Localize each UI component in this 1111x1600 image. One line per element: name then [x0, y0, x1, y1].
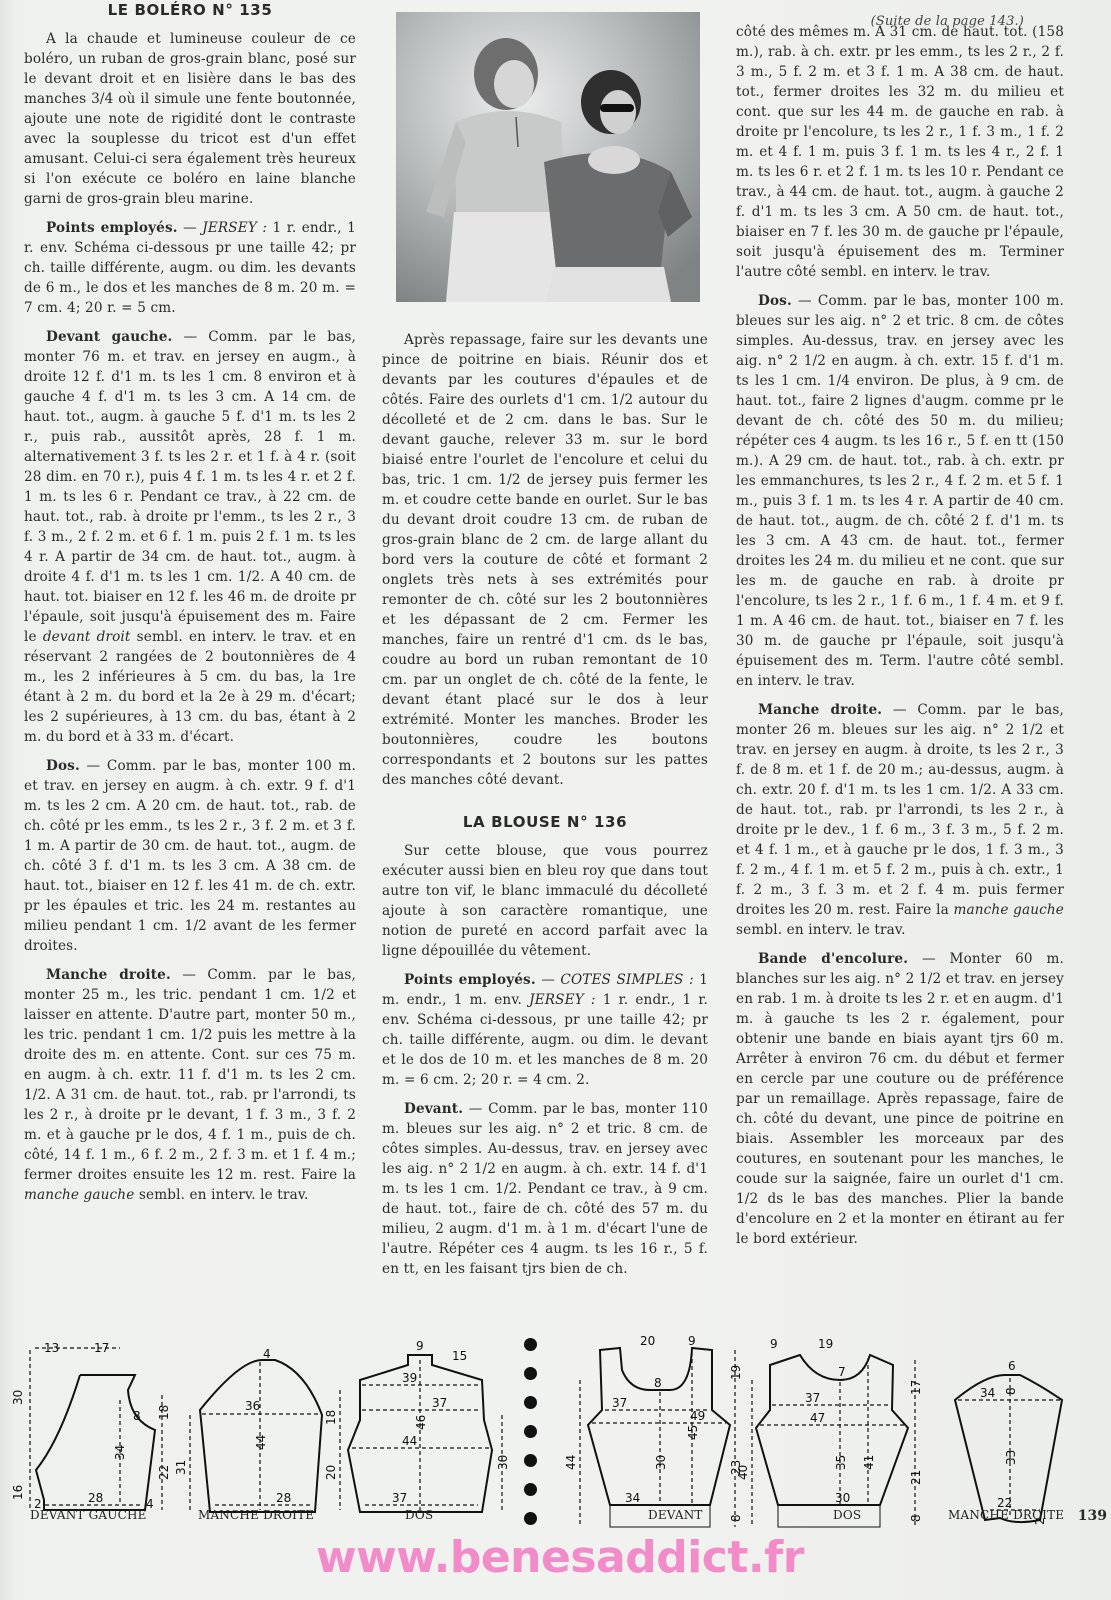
bolero-dos: Dos. — Comm. par le bas, monter 100 m. e… — [24, 756, 356, 956]
bolero-points: Points employés. — JERSEY : 1 r. endr., … — [24, 218, 356, 318]
dot — [524, 1454, 537, 1467]
diagram-bolero-manche: 436 44 31 28 — [174, 1347, 322, 1512]
label-bolero-manche-droite: MANCHE DROITE — [198, 1508, 314, 1522]
svg-text:4: 4 — [263, 1347, 271, 1361]
svg-text:31: 31 — [174, 1460, 188, 1475]
diagram-blouse-devant: 209 83749 30 45 44 19 23 8 34 — [564, 1334, 743, 1527]
svg-text:37: 37 — [392, 1491, 407, 1505]
svg-text:8: 8 — [1004, 1387, 1018, 1395]
svg-text:37: 37 — [805, 1391, 820, 1405]
diagram-bolero-dos: 915 393744 46 18 20 30 37 — [324, 1339, 510, 1512]
svg-text:8: 8 — [654, 1376, 662, 1390]
bolero-intro: A la chaude et lumineuse couleur de ce b… — [24, 29, 356, 209]
blouse-points: Points employés. — COTES SIMPLES : 1 m. … — [382, 970, 708, 1090]
svg-text:34: 34 — [113, 1445, 127, 1460]
svg-text:47: 47 — [810, 1411, 825, 1425]
label-blouse-dos: DOS — [833, 1508, 861, 1522]
label-bolero-dos: DOS — [405, 1508, 433, 1522]
svg-text:46: 46 — [414, 1415, 428, 1430]
svg-text:22: 22 — [157, 1465, 171, 1480]
svg-text:8: 8 — [909, 1514, 923, 1522]
column-bolero: LE BOLÉRO N° 135 A la chaude et lumineus… — [24, 0, 356, 1214]
svg-text:30: 30 — [654, 1455, 668, 1470]
svg-text:45: 45 — [686, 1425, 700, 1440]
svg-text:19: 19 — [729, 1365, 743, 1380]
svg-text:44: 44 — [402, 1434, 417, 1448]
svg-text:19: 19 — [818, 1337, 833, 1351]
svg-text:8: 8 — [729, 1514, 743, 1522]
svg-text:13: 13 — [44, 1341, 59, 1355]
svg-text:7: 7 — [838, 1365, 846, 1379]
blouse-devant-cont: côté des mêmes m. A 31 cm. de haut. tot.… — [736, 22, 1064, 282]
diagram-blouse-dos: 919 73747 35 41 40 17 21 8 30 — [736, 1337, 923, 1527]
svg-text:6: 6 — [1008, 1359, 1016, 1373]
svg-text:39: 39 — [402, 1371, 417, 1385]
dot — [524, 1396, 537, 1409]
svg-text:37: 37 — [612, 1396, 627, 1410]
column-blouse: (Suite de la page 143.) côté des mêmes m… — [736, 22, 1064, 1258]
blouse-dos: Dos. — Comm. par le bas, monter 100 m. b… — [736, 291, 1064, 691]
diagram-bolero-devant-gauche: 1317 30 8 18 34 22 16 2284 — [11, 1341, 171, 1511]
label-blouse-manche-droite: MANCHE DROITE — [948, 1508, 1064, 1522]
svg-text:34: 34 — [625, 1491, 640, 1505]
label-bolero-devant-gauche: DEVANT GAUCHE — [30, 1508, 147, 1522]
diagram-blouse-manche: 6 8 34 33 22 2 — [955, 1359, 1062, 1525]
svg-text:21: 21 — [909, 1470, 923, 1485]
watermark: www.benesaddict.fr — [300, 1532, 820, 1583]
svg-text:30: 30 — [496, 1455, 510, 1470]
svg-text:20: 20 — [324, 1465, 338, 1480]
pattern-diagrams: 1317 30 8 18 34 22 16 2284 — [0, 1330, 1111, 1530]
svg-text:18: 18 — [324, 1410, 338, 1425]
label-blouse-devant: DEVANT — [648, 1508, 703, 1522]
bolero-devant-gauche: Devant gauche. — Comm. par le bas, monte… — [24, 327, 356, 747]
svg-text:36: 36 — [245, 1399, 260, 1413]
svg-text:30: 30 — [11, 1390, 25, 1405]
svg-text:34: 34 — [980, 1386, 995, 1400]
bolero-manche: Manche droite. — Comm. par le bas, monte… — [24, 965, 356, 1205]
svg-text:17: 17 — [94, 1341, 109, 1355]
svg-text:28: 28 — [88, 1491, 103, 1505]
blouse-bande: Bande d'encolure. — Monter 60 m. blanche… — [736, 949, 1064, 1249]
svg-text:44: 44 — [254, 1435, 268, 1450]
blouse-title: LA BLOUSE N° 136 — [382, 812, 708, 832]
magazine-page: LE BOLÉRO N° 135 A la chaude et lumineus… — [0, 0, 1111, 1600]
svg-text:15: 15 — [452, 1349, 467, 1363]
svg-text:40: 40 — [736, 1465, 750, 1480]
svg-text:4: 4 — [146, 1497, 154, 1511]
dot — [524, 1367, 537, 1380]
column-middle: Après repassage, faire sur les devants u… — [382, 330, 708, 1288]
blouse-intro: Sur cette blouse, que vous pourrez exécu… — [382, 841, 708, 961]
blouse-manche: Manche droite. — Comm. par le bas, monte… — [736, 700, 1064, 940]
svg-text:9: 9 — [770, 1337, 778, 1351]
dot — [524, 1483, 537, 1496]
svg-text:28: 28 — [276, 1491, 291, 1505]
svg-text:20: 20 — [640, 1334, 655, 1348]
svg-text:44: 44 — [564, 1455, 578, 1470]
blouse-devant: Devant. — Comm. par le bas, monter 110 m… — [382, 1099, 708, 1279]
dot — [524, 1338, 537, 1351]
dot — [524, 1512, 537, 1525]
svg-text:35: 35 — [834, 1455, 848, 1470]
bolero-finishing: Après repassage, faire sur les devants u… — [382, 330, 708, 790]
continued-note: (Suite de la page 143.) — [871, 12, 1024, 32]
photo-illustration — [396, 12, 700, 302]
svg-text:37: 37 — [432, 1396, 447, 1410]
bolero-title: LE BOLÉRO N° 135 — [24, 0, 356, 20]
svg-text:33: 33 — [1004, 1450, 1018, 1465]
svg-text:30: 30 — [835, 1491, 850, 1505]
page-number: 139 — [1078, 1508, 1107, 1524]
svg-text:16: 16 — [11, 1485, 25, 1500]
separator-dots — [524, 1338, 538, 1541]
dot — [524, 1425, 537, 1438]
svg-text:9: 9 — [416, 1339, 424, 1353]
svg-text:18: 18 — [157, 1405, 171, 1420]
svg-text:41: 41 — [862, 1455, 876, 1470]
svg-text:17: 17 — [909, 1380, 923, 1395]
svg-text:9: 9 — [688, 1334, 696, 1348]
models-photo — [396, 12, 700, 302]
svg-text:49: 49 — [690, 1409, 705, 1423]
svg-text:8: 8 — [133, 1409, 141, 1423]
